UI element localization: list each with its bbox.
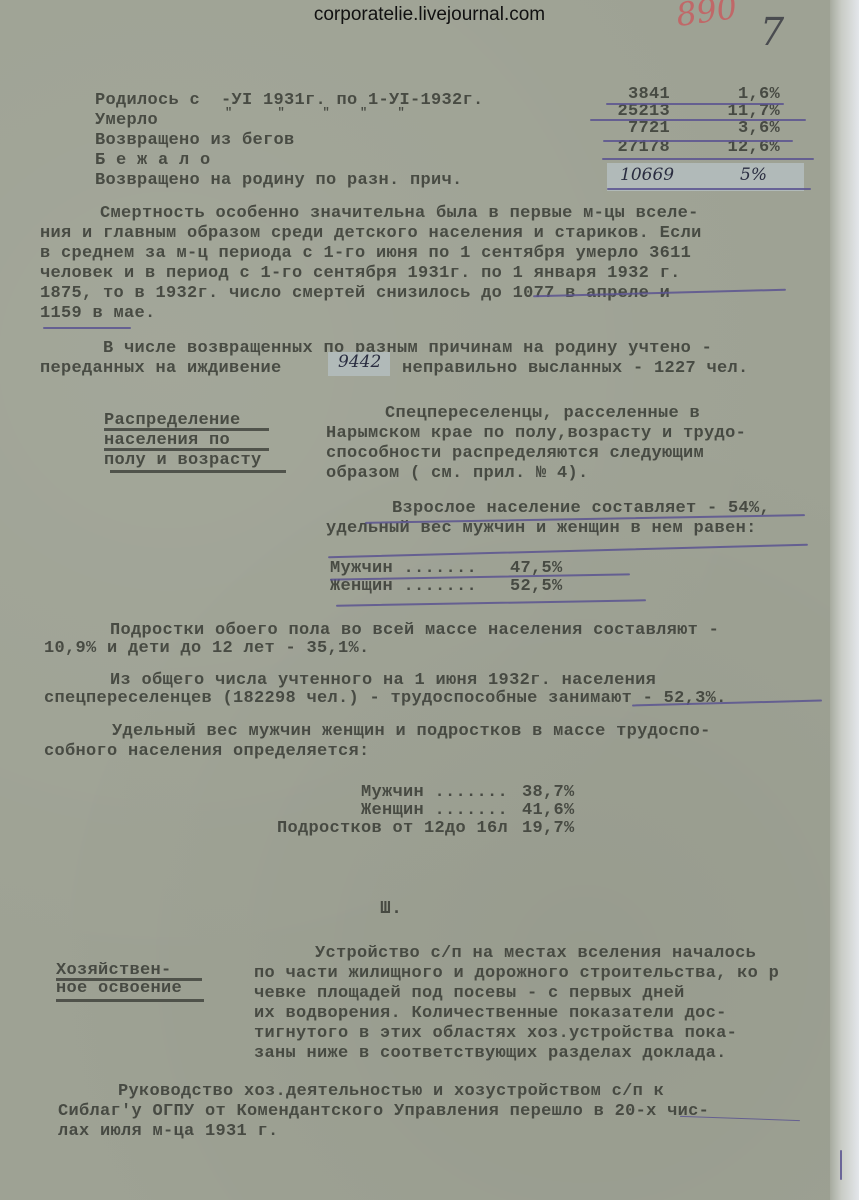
stats-ditto-marks: " " " " " [225, 104, 405, 122]
breakdown-label: Женщин ....... [240, 802, 508, 820]
ink-mark [840, 1150, 842, 1180]
stats-label-returned-home: Возвращено на родину по разн. прич. [95, 172, 463, 190]
text-line: по части жилищного и дорожного строитель… [254, 965, 779, 983]
heading-underline [104, 428, 269, 431]
text-line: Спецпереселенцы, расселенные в [385, 405, 700, 423]
text-line: человек и в период с 1-го сентября 1931г… [40, 265, 681, 283]
breakdown-label: Мужчин ....... [330, 560, 477, 578]
section-numeral: Ш. [380, 900, 402, 918]
breakdown-label: Подростков от 12до 16л [200, 820, 508, 838]
heading-underline [56, 978, 202, 981]
handwritten-number: 9442 [338, 352, 381, 372]
text-line: переданных на иждивение [40, 360, 282, 378]
text-line: неправильно высланных - 1227 чел. [402, 360, 749, 378]
text-line: Смертность особенно значительна была в п… [100, 205, 699, 223]
text-line: Нарымском крае по полу,возрасту и трудо- [326, 425, 746, 443]
margin-heading-line: ное освоение [56, 980, 182, 998]
text-line: В числе возвращенных по разным причинам … [103, 340, 712, 358]
ink-underline [43, 327, 131, 329]
page-mark-pencil: 7 [760, 10, 784, 54]
page-edge [830, 0, 859, 1200]
text-line: образом ( см. прил. № 4). [326, 465, 589, 483]
text-line: Удельный вес мужчин женщин и подростков … [112, 723, 711, 741]
text-line: в среднем за м-ц периода с 1-го июня по … [40, 245, 691, 263]
text-line: тигнутого в этих областях хоз.устройства… [254, 1025, 737, 1043]
stats-value-returned-escape: 7721 [600, 120, 670, 138]
margin-heading-line: полу и возрасту [104, 452, 262, 470]
text-line: 1159 в мае. [40, 305, 156, 323]
text-line: Сиблаг'у ОГПУ от Комендантского Управлен… [58, 1103, 709, 1121]
text-line: способности распределяются следующим [326, 445, 704, 463]
stats-percent-returned-escape: 3,6% [720, 120, 780, 138]
text-line: спецпереселенцев (182298 чел.) - трудосп… [44, 690, 727, 708]
stats-label-returned-escape: Возвращено из бегов [95, 132, 295, 150]
heading-underline [56, 999, 204, 1002]
ink-underline [590, 119, 806, 121]
text-line: Подростки обоего пола во всей массе насе… [110, 622, 719, 640]
text-line: Из общего числа учтенного на 1 июня 1932… [110, 672, 656, 690]
breakdown-label: Мужчин ....... [240, 784, 508, 802]
text-line: 10,9% и дети до 12 лет - 35,1%. [44, 640, 370, 658]
text-line: собного населения определяется: [44, 743, 370, 761]
text-line: Руководство хоз.деятельностью и хозустро… [118, 1083, 664, 1101]
text-line: их водворения. Количественные показатели… [254, 1005, 727, 1023]
text-line: чевке площадей под посевы - с первых дне… [254, 985, 685, 1003]
ink-underline [606, 103, 784, 105]
ink-underline [607, 188, 811, 190]
breakdown-value: 41,6% [522, 802, 575, 820]
heading-underline [104, 448, 269, 451]
stats-percent-returned-home-handwritten: 5% [740, 165, 767, 185]
stats-label-died: Умерло [95, 112, 158, 130]
text-line: лах июля м-ца 1931 г. [58, 1123, 279, 1141]
breakdown-value: 19,7% [522, 820, 575, 838]
ink-underline [603, 140, 793, 142]
breakdown-label: Женщин ....... [330, 578, 477, 596]
text-line: ния и главным образом среди детского нас… [40, 225, 702, 243]
text-line: Устройство с/п на местах вселения начало… [315, 945, 756, 963]
breakdown-value: 52,5% [510, 578, 563, 596]
ink-underline [602, 158, 814, 160]
heading-underline [110, 470, 286, 473]
text-line: заны ниже в соответствующих разделах док… [254, 1045, 727, 1063]
stats-label-fled: Б е ж а л о [95, 152, 211, 170]
breakdown-value: 38,7% [522, 784, 575, 802]
stats-value-returned-home-handwritten: 10669 [620, 165, 674, 185]
